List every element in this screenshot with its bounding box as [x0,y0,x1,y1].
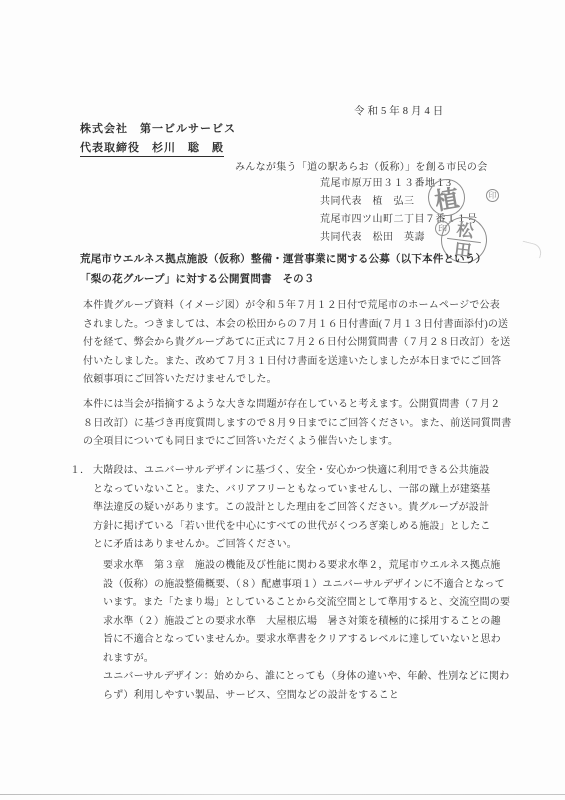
question-item-1-line: 大階段は、ユニバーサルデザインに基づく、安全・安心かつ快適に利用できる公共施設 [93,462,491,481]
requirement-reference-line: らず）利用しやすい製品、サービス、空間などの設計をすること [103,687,510,706]
recipient-company: 株式会社 第一ビルサービス [80,120,236,136]
requirement-reference-line: 旨に不適合となっていませんか。要求水準書をクリアするレベルに達していないと思わ [103,631,510,650]
requirement-reference-line: 要求水準 第３章 施設の機能及び性能に関わる要求水準２，荒尾市ウエルネス拠点施 [103,557,510,576]
paragraph-2-line: 本件には当会が指摘するような大きな問題が存在していると考えます。公開質問書（７月… [83,396,511,415]
question-item-1-line: となっていないこと。また、バリアフリーともなっていませんし、一部の蹴上が建築基 [93,481,491,500]
paragraph-1-line: 本件貴グループ資料（イメージ図）が令和５年７月１２日付で荒尾市のホームページで公… [83,297,510,316]
sender-organization: みんなが集う「道の駅あらお（仮称）」を創る市民の会 [235,158,488,173]
document-title-line1: 荒尾市ウエルネス拠点施設（仮称）整備・運営事業に関する公募（以下本件という） [80,251,486,266]
pencil-scribble-mark [520,241,544,259]
seal-stamp-ueki-small: 印 [486,189,499,202]
paragraph-2-line: ８日改訂）に基づき再度質問しますので８月９日までにご回答ください。また、前送同質… [83,415,511,434]
recipient-person: 代表取締役 杉川 聡 殿 [80,139,224,157]
question-item-1-line: 方針に掲げている「若い世代を中心にすべての世代がくつろぎ楽しめる施設」としたこ [93,518,491,537]
seal-stamp-ueki-small-text: 印 [489,190,497,201]
paragraph-2: 本件には当会が指摘するような大きな問題が存在していると考えます。公開質問書（７月… [83,396,511,452]
sender-representative-1: 共同代表 植 弘三 [320,192,415,207]
requirement-reference-line: れますが。 [103,650,510,669]
requirement-reference-line: 求水準（２）施設ごとの要求水準 大屋根広場 暑さ対策を積極的に採用することの趣 [103,613,510,632]
question-item-1-line: 準法違反の疑いがあります。この設計とした理由をご回答ください。貴グループが設計 [93,499,491,518]
seal-stamp-ueki-text: 植 [432,178,462,217]
paragraph-1: 本件貴グループ資料（イメージ図）が令和５年７月１２日付で荒尾市のホームページで公… [83,297,510,390]
requirement-reference-line: います。また「たまり場」としていることから交流空間として準用すると、交流空間の要 [103,594,510,613]
requirement-reference-block: 要求水準 第３章 施設の機能及び性能に関わる要求水準２，荒尾市ウエルネス拠点施 … [103,557,510,705]
question-item-number: １． [70,462,90,481]
seal-stamp-matsuda-top-text: 松 [456,220,475,241]
paragraph-2-line: の全項目についても同日までにご回答いただくよう催告いたします。 [83,433,511,452]
scanned-letter-page: 令和5年8月4日 株式会社 第一ビルサービス 代表取締役 杉川 聡 殿 みんなが… [0,0,565,800]
question-item-1-line: とに矛盾はありませんか。ご回答ください。 [93,536,491,555]
paragraph-1-line: されました。つきましては、本会の松田からの７月１６日付書面(７月１３日付書面添付… [83,316,510,335]
paragraph-1-line: 付いたしました。また、改めて７月３１日付け書面を送達いたしましたが本日までにご回… [83,353,510,372]
question-item-1: 大階段は、ユニバーサルデザインに基づく、安全・安心かつ快適に利用できる公共施設 … [93,462,491,555]
sender-representative-2: 共同代表 松田 英壽 [320,228,425,243]
document-date: 令和5年8月4日 [354,103,446,118]
document-title-line2: 「梨の花グループ」に対する公開質問書 その３ [80,271,315,286]
paragraph-1-line: 依頼事項にご回答いただけませんでした。 [83,371,510,390]
requirement-reference-line: ユニバーサルデザイン：始めから、誰にとっても（身体の違いや、年齢、性別などに関わ [103,668,510,687]
paragraph-1-line: 付を経て、弊会から貴グループあてに正式に７月２６日付公開質問書（７月２８日改訂）… [83,334,510,353]
scan-edge-artifact [0,794,565,795]
requirement-reference-line: 設（仮称）の施設整備概要、（８）配慮事項１）ユニバーサルデザインに不適合となって [103,576,510,595]
